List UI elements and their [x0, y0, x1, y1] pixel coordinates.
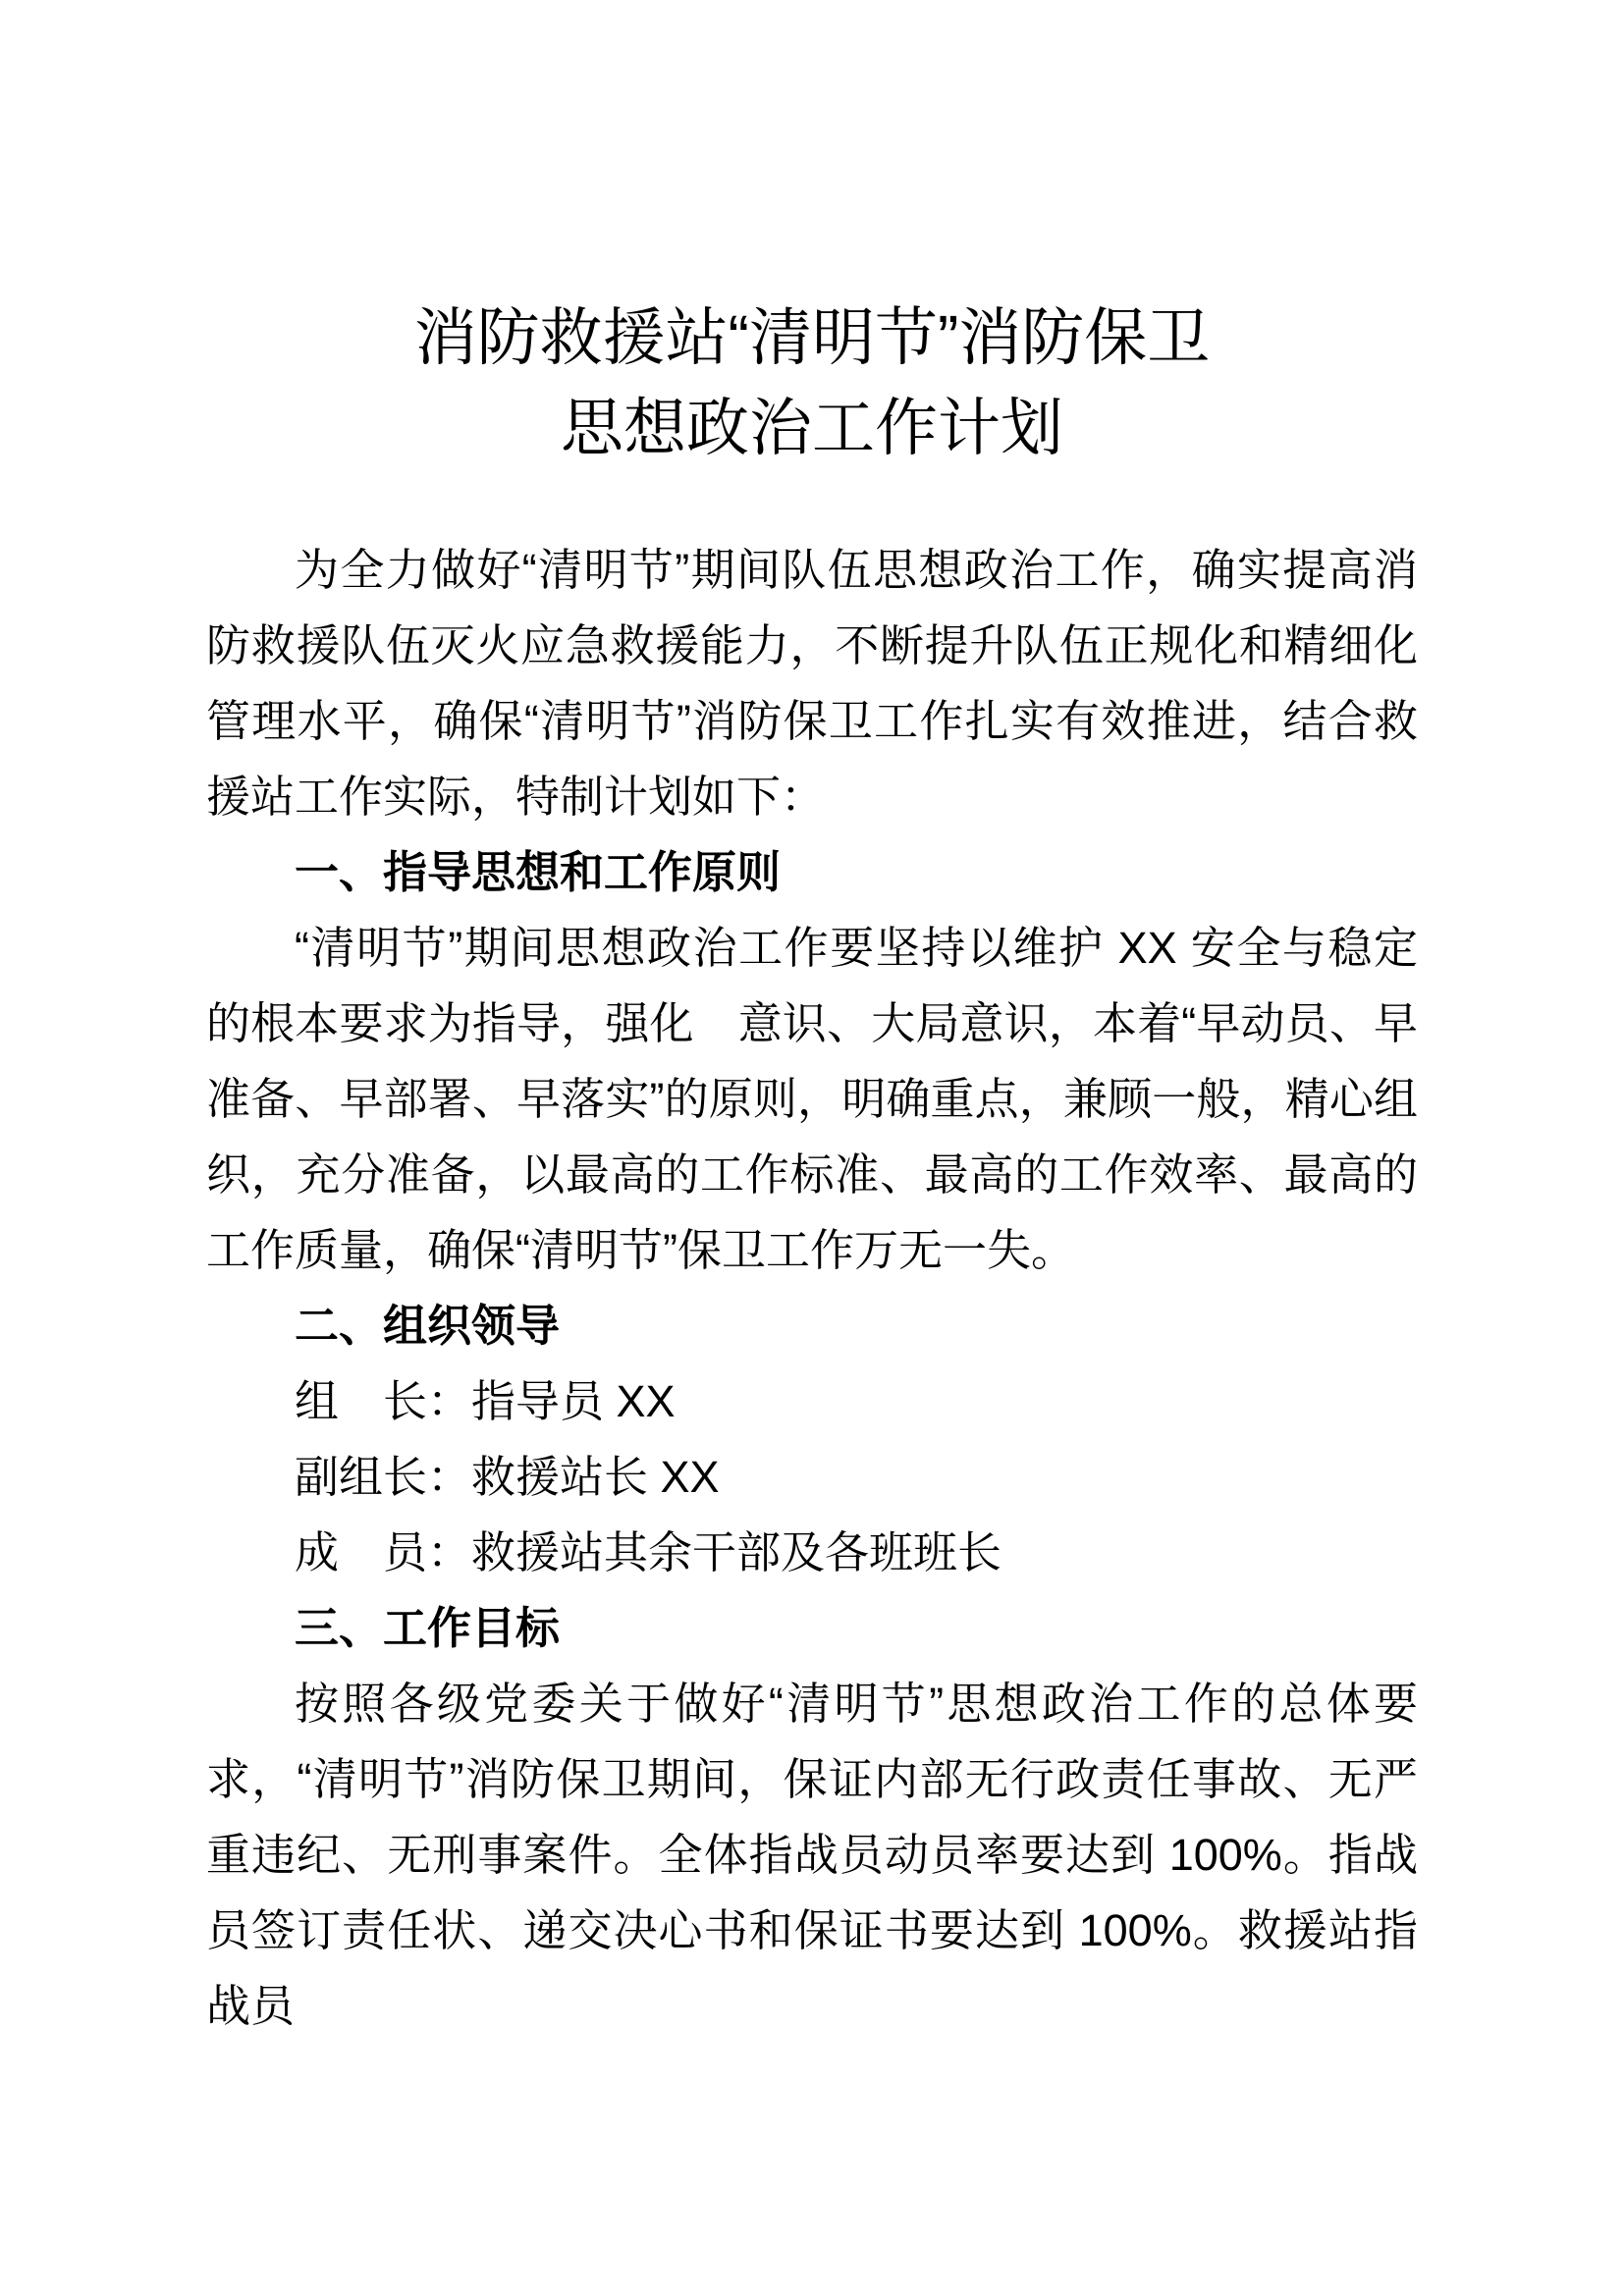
title-line-1: 消防救援站“清明节”消防保卫: [0, 293, 1624, 383]
section-heading-1: 一、指导思想和工作原则: [206, 834, 1418, 910]
paragraph-work-goals: 按照各级党委关于做好“清明节”思想政治工作的总体要求，“清明节”消防保卫期间，保…: [206, 1666, 1418, 2044]
line-members: 成 员：救援站其余干部及各班班长: [206, 1515, 1418, 1590]
document-body: 为全力做好“清明节”期间队伍思想政治工作，确实提高消防救援队伍灭火应急救援能力，…: [206, 532, 1418, 2044]
document-page: 消防救援站“清明节”消防保卫 思想政治工作计划 为全力做好“清明节”期间队伍思想…: [0, 0, 1624, 2296]
line-group-leader: 组 长：指导员 XX: [206, 1363, 1418, 1439]
paragraph-intro: 为全力做好“清明节”期间队伍思想政治工作，确实提高消防救援队伍灭火应急救援能力，…: [206, 532, 1418, 834]
paragraph-guiding-principles: “清明节”期间思想政治工作要坚持以维护 XX 安全与稳定的根本要求为指导，强化 …: [206, 910, 1418, 1288]
section-heading-2: 二、组织领导: [206, 1288, 1418, 1363]
document-title: 消防救援站“清明节”消防保卫 思想政治工作计划: [0, 0, 1624, 473]
section-heading-3: 三、工作目标: [206, 1590, 1418, 1666]
line-deputy-leader: 副组长：救援站长 XX: [206, 1439, 1418, 1515]
title-line-2: 思想政治工作计划: [0, 383, 1624, 473]
